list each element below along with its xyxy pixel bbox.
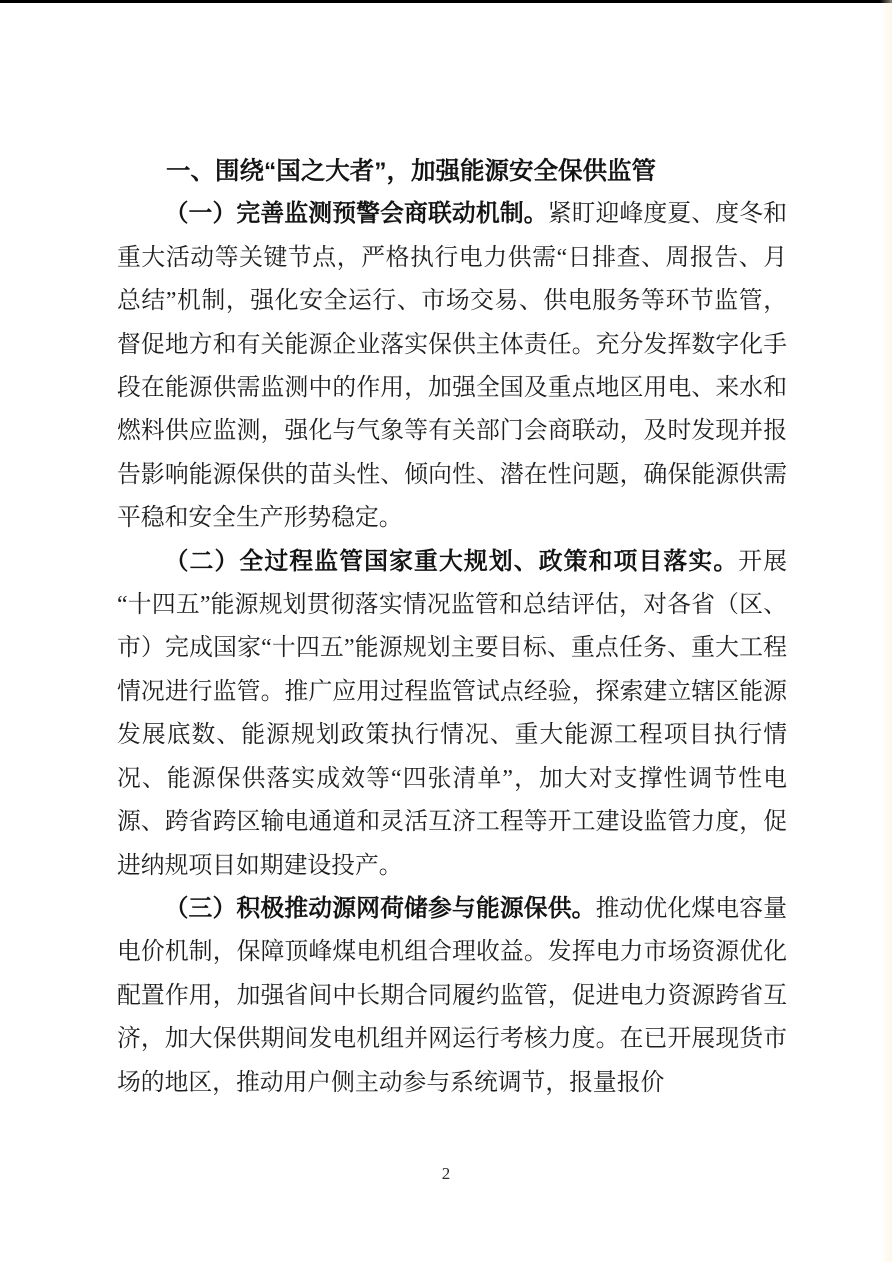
document-page: 一、围绕“国之大者”，加强能源安全保供监管 （一）完善监测预警会商联动机制。紧盯… xyxy=(0,0,892,1262)
paragraph: （一）完善监测预警会商联动机制。紧盯迎峰度夏、度冬和重大活动等关键节点，严格执行… xyxy=(117,193,787,540)
page-number: 2 xyxy=(0,1163,892,1185)
paragraph-body: 紧盯迎峰度夏、度冬和重大活动等关键节点，严格执行电力供需“日排查、周报告、月总结… xyxy=(117,201,787,531)
paragraph-body: 推动优化煤电容量电价机制，保障顶峰煤电机组合理收益。发挥电力市场资源优化配置作用… xyxy=(117,896,787,1096)
paragraph-lead: （二）全过程监管国家重大规划、政策和项目落实。 xyxy=(165,549,739,575)
top-scan-line xyxy=(0,0,892,3)
section-heading: 一、围绕“国之大者”，加强能源安全保供监管 xyxy=(117,150,787,193)
paragraph-body: 开展“十四五”能源规划贯彻落实情况监管和总结评估，对各省（区、市）完成国家“十四… xyxy=(117,549,787,879)
scan-edge-shading xyxy=(880,0,892,1262)
paragraph: （三）积极推动源网荷储参与能源保供。推动优化煤电容量电价机制，保障顶峰煤电机组合… xyxy=(117,888,787,1105)
paragraph-lead: （三）积极推动源网荷储参与能源保供。 xyxy=(165,896,596,922)
paragraph: （二）全过程监管国家重大规划、政策和项目落实。开展“十四五”能源规划贯彻落实情况… xyxy=(117,541,787,888)
paragraph-lead: （一）完善监测预警会商联动机制。 xyxy=(165,201,548,227)
document-body: 一、围绕“国之大者”，加强能源安全保供监管 （一）完善监测预警会商联动机制。紧盯… xyxy=(117,150,787,1105)
